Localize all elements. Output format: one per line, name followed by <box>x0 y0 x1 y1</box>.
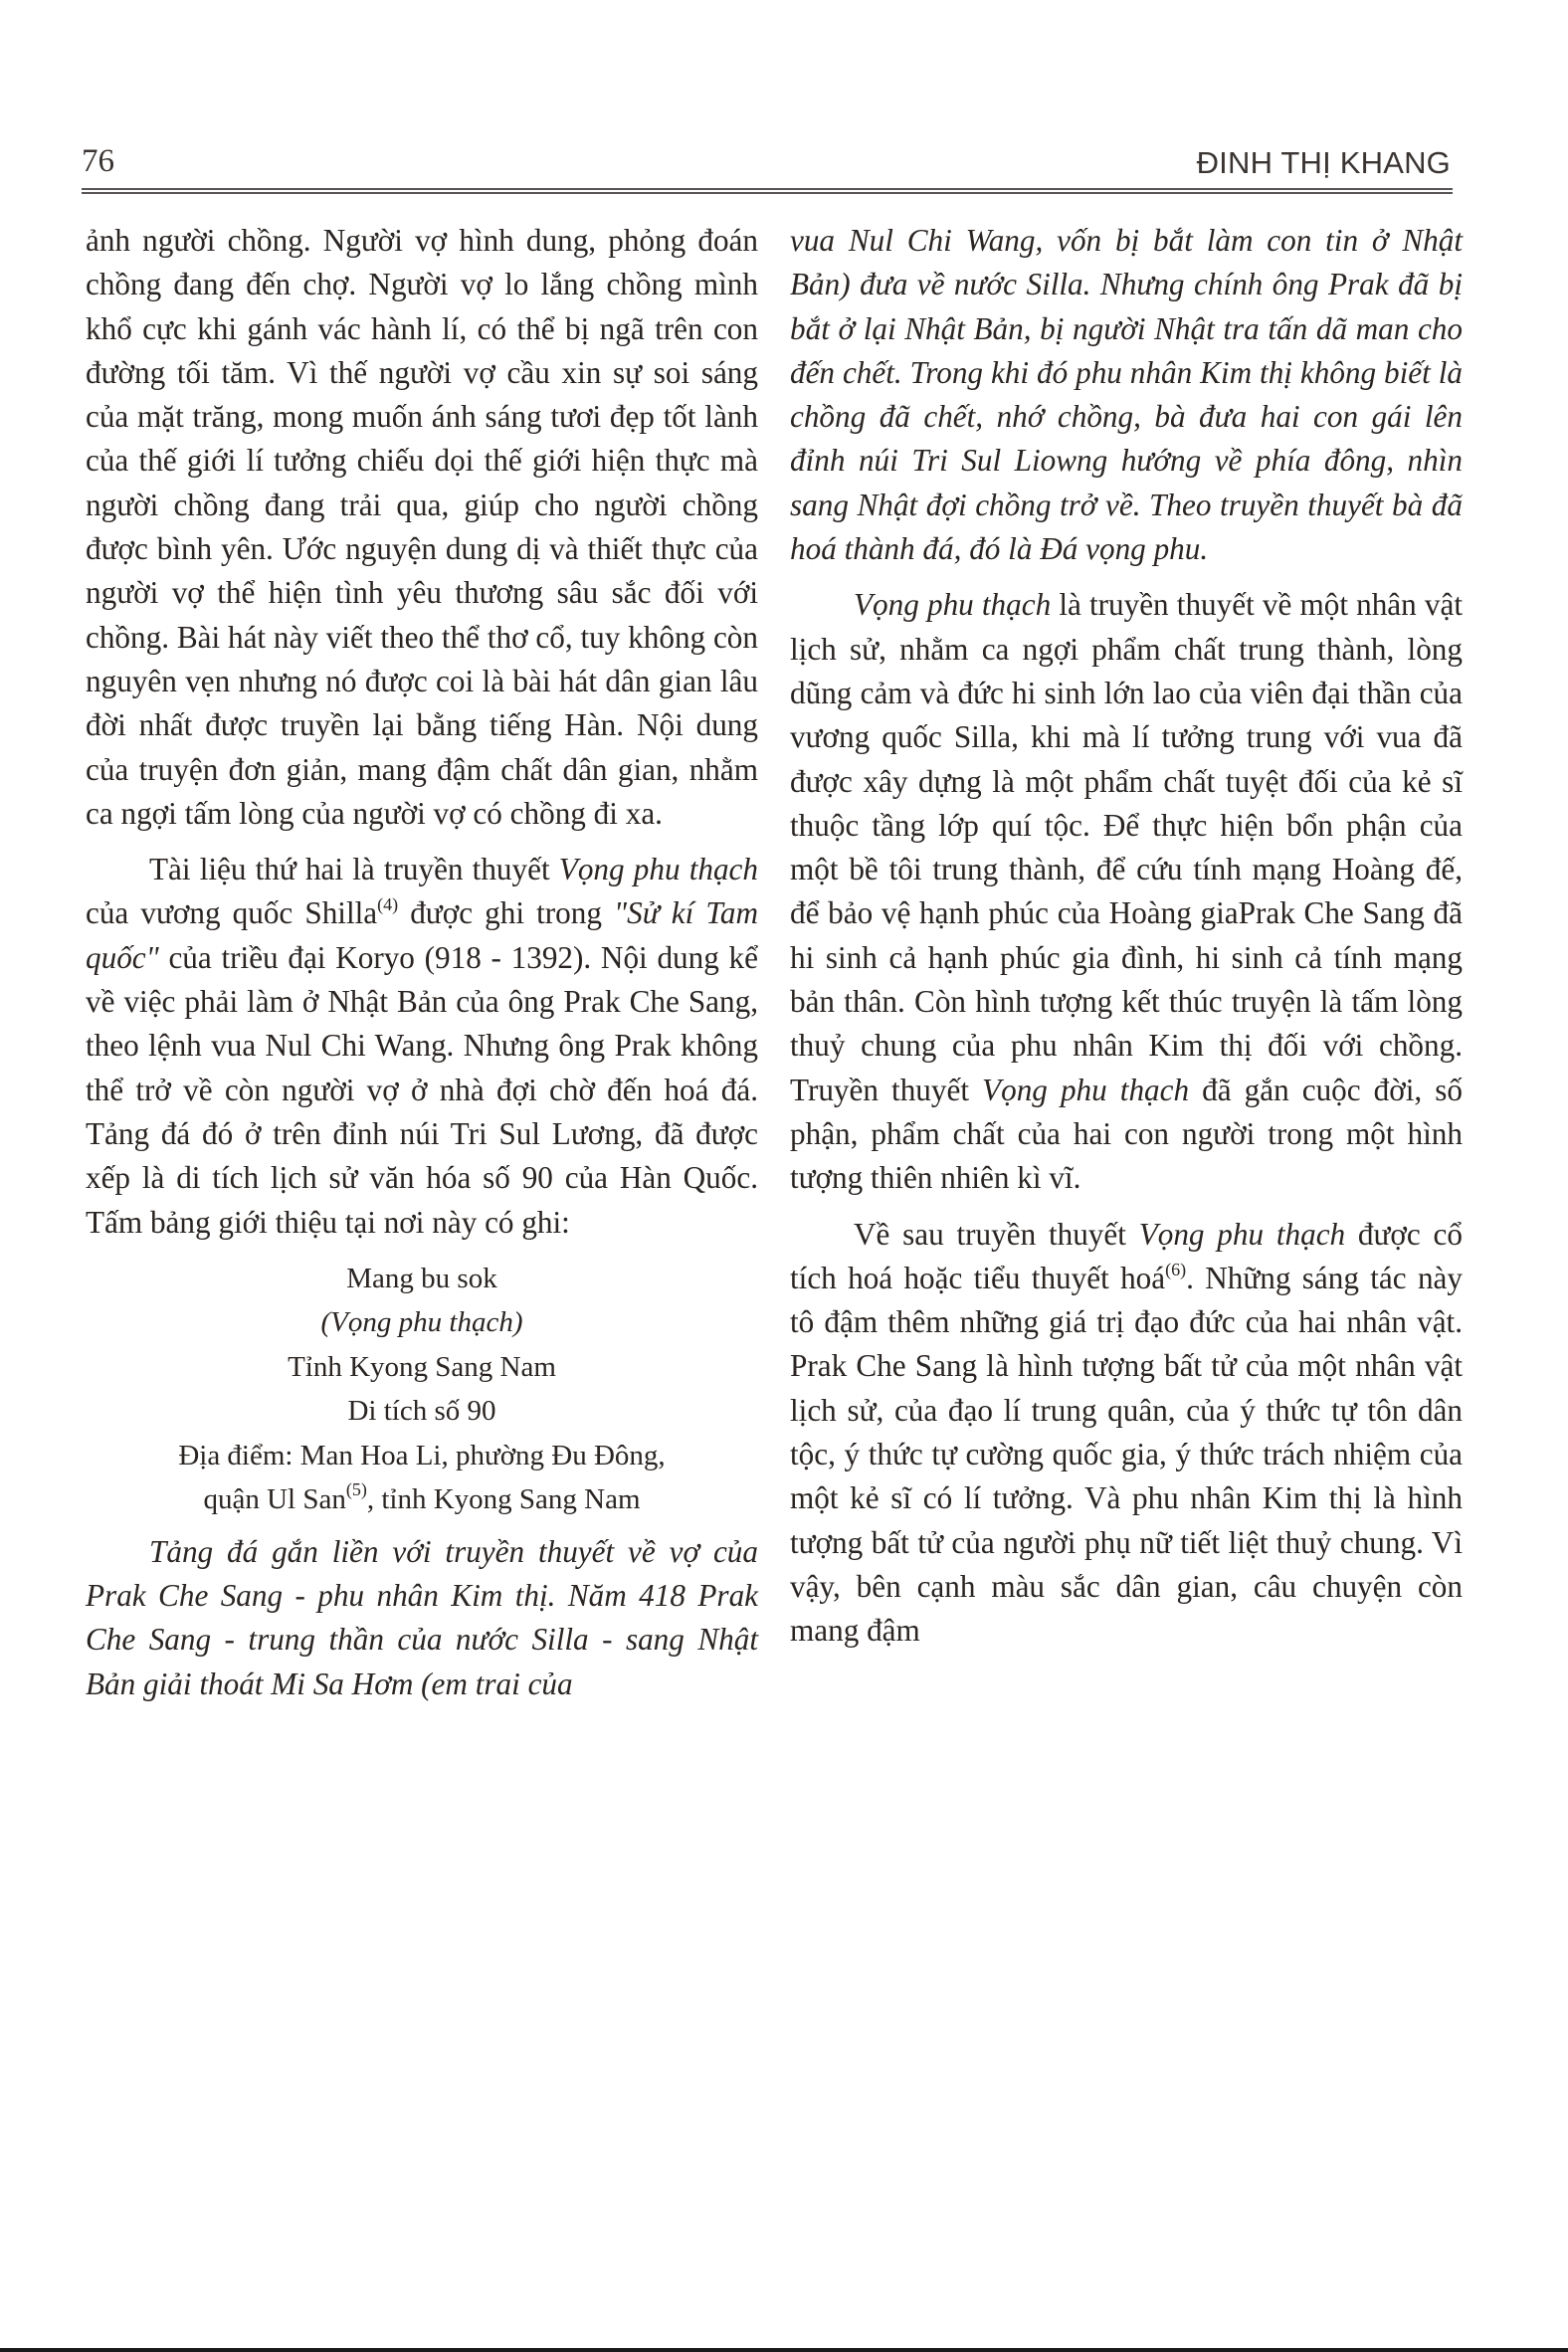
paragraph-second-source: Tài liệu thứ hai là truyền thuyết Vọng p… <box>86 848 758 1245</box>
left-column: ảnh người chồng. Người vợ hình dung, phỏ… <box>86 219 758 1718</box>
page-header: 76 ĐINH THỊ KHANG <box>82 137 1453 187</box>
inscription-line: Mang bu sok <box>86 1257 758 1301</box>
text-run: , tỉnh Kyong Sang Nam <box>367 1483 641 1515</box>
inscription-line: (Vọng phu thạch) <box>86 1300 758 1345</box>
running-head-author: ĐINH THỊ KHANG <box>1197 145 1451 181</box>
paragraph-legend-continuation: vua Nul Chi Wang, vốn bị bắt làm con tin… <box>790 219 1463 571</box>
plaque-inscription: Mang bu sok (Vọng phu thạch) Tỉnh Kyong … <box>86 1257 758 1522</box>
inscription-line: Tỉnh Kyong Sang Nam <box>86 1345 758 1390</box>
footnote-ref-5: (5) <box>346 1479 367 1499</box>
text-run: Tài liệu thứ hai là truyền thuyết <box>149 852 559 886</box>
text-run: của vương quốc Shilla <box>86 895 377 930</box>
paragraph-legend-italic: Tảng đá gắn liền với truyền thuyết về vợ… <box>86 1530 758 1706</box>
italic-title: Vọng phu thạch <box>559 852 758 886</box>
text-run: . Những sáng tác này tô đậm thêm những g… <box>790 1261 1463 1648</box>
paragraph-later-adaptations: Về sau truyền thuyết Vọng phu thạch được… <box>790 1213 1463 1654</box>
header-double-rule <box>82 188 1453 194</box>
text-run: là truyền thuyết về một nhân vật lịch sử… <box>790 587 1463 1106</box>
scan-edge <box>0 2348 1568 2352</box>
text-run: của triều đại Koryo (918 - 1392). Nội du… <box>86 940 758 1240</box>
footnote-ref-4: (4) <box>377 894 398 914</box>
paragraph-text: vua Nul Chi Wang, vốn bị bắt làm con tin… <box>790 223 1463 566</box>
text-run: quận Ul San <box>203 1483 345 1515</box>
italic-title: Vọng phu thạch <box>982 1073 1189 1107</box>
inscription-line: quận Ul San(5), tỉnh Kyong Sang Nam <box>86 1477 758 1522</box>
page-number: 76 <box>82 143 114 180</box>
footnote-ref-6: (6) <box>1165 1260 1186 1279</box>
right-column: vua Nul Chi Wang, vốn bị bắt làm con tin… <box>790 219 1463 1666</box>
inscription-line: Di tích số 90 <box>86 1389 758 1434</box>
paragraph-text: Tảng đá gắn liền với truyền thuyết về vợ… <box>86 1534 758 1701</box>
paragraph-text: ảnh người chồng. Người vợ hình dung, phỏ… <box>86 223 758 831</box>
paragraph-analysis: Vọng phu thạch là truyền thuyết về một n… <box>790 583 1463 1200</box>
text-run: được ghi trong <box>398 895 614 930</box>
inscription-line: Địa điểm: Man Hoa Li, phường Đu Đông, <box>86 1434 758 1478</box>
text-run: Về sau truyền thuyết <box>854 1217 1139 1252</box>
italic-title: Vọng phu thạch <box>1139 1217 1345 1252</box>
italic-title: Vọng phu thạch <box>854 587 1051 622</box>
paragraph-continuation: ảnh người chồng. Người vợ hình dung, phỏ… <box>86 219 758 836</box>
